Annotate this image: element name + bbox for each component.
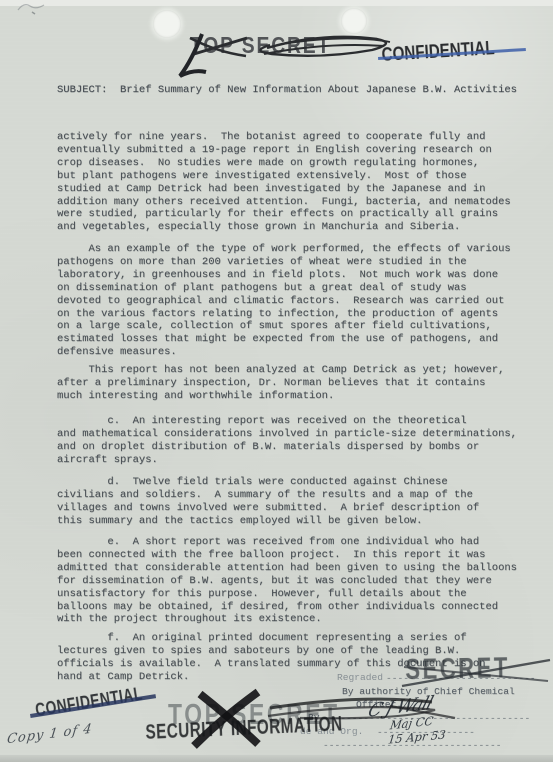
paragraph-3: This report has not been analyzed at Cam… — [57, 364, 504, 403]
top-secret-strikeout-scribble — [172, 24, 417, 82]
subject-line: SUBJECT: Brief Summary of New Informatio… — [57, 84, 517, 97]
paragraph-2: As an example of the type of work perfor… — [57, 243, 511, 359]
item-d: d. Twelve field trials were conducted ag… — [57, 476, 479, 528]
copy-number-note: Copy 1 of 4 — [6, 722, 93, 748]
scan-edge-top — [0, 0, 553, 6]
scanned-document-page: TOP SECRET CONFIDENTIAL SUBJECT: Brief S… — [0, 0, 553, 762]
pencil-mark — [14, 0, 48, 16]
paragraph-1: actively for nine years. The botanist ag… — [57, 131, 511, 234]
item-c: c. An interesting report was received on… — [57, 415, 517, 467]
regraded-label: Regraded — [337, 672, 383, 683]
item-e: e. A short report was received from one … — [57, 536, 517, 626]
confidential-stamp-bottom: CONFIDENTIAL — [34, 684, 144, 721]
